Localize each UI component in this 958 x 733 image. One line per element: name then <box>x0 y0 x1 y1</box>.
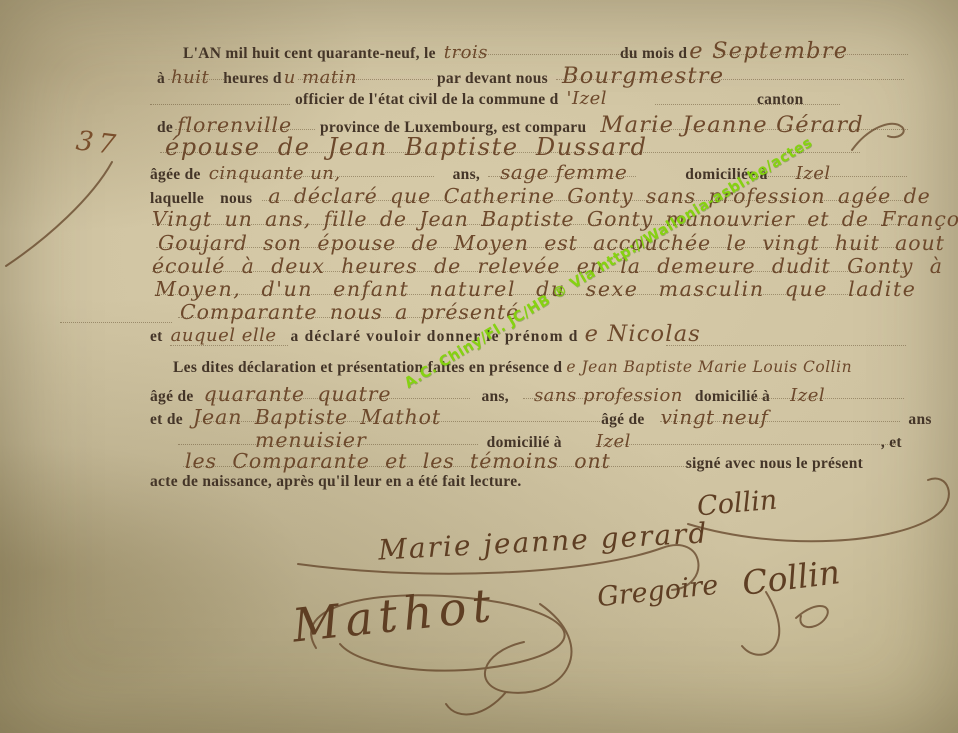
handwritten-segment: Goujard son épouse de Moyen est accouché… <box>158 231 945 255</box>
printed-segment: par devant nous <box>437 70 548 87</box>
act-line-7: laquellenousa déclaré que Catherine Gont… <box>150 184 931 208</box>
printed-segment: à <box>157 70 165 87</box>
handwritten-segment: e Septembre <box>689 38 848 64</box>
signature-marie-jeanne-gerard: Marie jeanne gerard <box>377 516 709 566</box>
collin-right-paraph <box>796 606 828 627</box>
dotted-rule <box>183 466 698 467</box>
handwritten-segment: auquel elle <box>171 325 277 346</box>
dotted-rule <box>178 317 478 318</box>
scanned-birth-record: 37 L'AN mil huit cent quarante-neuf, let… <box>0 0 958 733</box>
handwritten-segment: a déclaré que Catherine Gonty sans profe… <box>268 184 930 208</box>
act-line-18: les Comparante et les témoins ontsigné a… <box>185 449 863 473</box>
handwritten-segment: Vingt un ans, fille de Jean Baptiste Gon… <box>152 207 958 231</box>
dotted-rule <box>175 129 315 130</box>
act-line-3: officier de l'état civil de la commune d… <box>295 88 804 109</box>
handwritten-segment: e Nicolas <box>585 321 701 347</box>
printed-segment: , et <box>881 434 902 451</box>
dotted-rule <box>168 79 226 80</box>
dotted-rule <box>156 247 902 248</box>
handwritten-segment: cinquante un, <box>209 163 341 184</box>
printed-segment: domicilié à <box>695 388 770 405</box>
act-line-16: et deJean Baptiste Mathotâgé devingt neu… <box>150 405 932 429</box>
dotted-rule <box>752 176 907 177</box>
printed-segment: nous <box>220 190 252 207</box>
act-margin-number: 37 <box>74 125 122 161</box>
act-line-19: acte de naissance, après qu'il leur en a… <box>150 473 522 491</box>
margin-pen-stroke <box>6 162 112 266</box>
handwritten-segment: Bourgmestre <box>562 63 724 89</box>
handwritten-segment: 'Izel <box>567 88 607 109</box>
handwritten-segment: Jean Baptiste Mathot <box>193 405 441 429</box>
signature-collin-right: Collin <box>740 552 842 603</box>
printed-segment: Les dites déclaration et présentation fa… <box>173 359 562 376</box>
act-line-2: àhuitheures du matinpar devant nousBourg… <box>157 63 724 89</box>
signature-collin-top: Collin <box>696 485 779 523</box>
dotted-rule <box>640 129 908 130</box>
printed-segment: et <box>150 328 163 345</box>
printed-segment: âgée de <box>150 166 201 183</box>
act-line-1: L'AN mil huit cent quarante-neuf, letroi… <box>183 38 848 64</box>
printed-segment: ans <box>908 411 931 428</box>
dotted-rule <box>752 398 904 399</box>
printed-segment: canton <box>757 91 804 108</box>
dotted-rule <box>152 224 908 225</box>
printed-segment: et de <box>150 411 183 428</box>
dotted-rule <box>152 271 904 272</box>
dotted-rule <box>198 421 600 422</box>
handwritten-segment: Izel <box>796 163 831 184</box>
dotted-rule <box>488 176 636 177</box>
mathot-final-tail <box>446 692 506 714</box>
dotted-rule <box>150 104 290 105</box>
handwritten-segment: vingt neuf <box>661 405 769 429</box>
printed-segment: heures d <box>223 70 282 87</box>
dotted-rule <box>60 322 172 323</box>
dotted-rule <box>523 398 651 399</box>
act-line-15: âgé dequarante quatreans,sans profession… <box>150 382 825 406</box>
printed-segment: signé avec nous le présent <box>686 455 863 472</box>
printed-segment: ans, <box>453 166 480 183</box>
printed-segment: L'AN mil huit cent quarante-neuf, le <box>183 45 436 62</box>
handwritten-segment: Izel <box>790 385 825 406</box>
handwritten-segment: sans profession <box>534 385 683 406</box>
dotted-rule <box>666 345 906 346</box>
act-line-14: Les dites déclaration et présentation fa… <box>173 358 852 377</box>
dotted-rule <box>455 54 633 55</box>
act-line-5: épouse de Jean Baptiste Dussard <box>165 133 648 161</box>
signature-mathot: Mathot <box>290 577 499 652</box>
dotted-rule <box>160 152 860 153</box>
dotted-rule <box>660 421 900 422</box>
printed-segment: a déclaré vouloir donner le prénom d <box>291 328 579 345</box>
act-line-9: Goujard son épouse de Moyen est accouché… <box>158 231 945 255</box>
handwritten-segment: u matin <box>284 67 357 88</box>
printed-segment: laquelle <box>150 190 204 207</box>
dotted-rule <box>596 444 896 445</box>
printed-segment: ans, <box>481 388 508 405</box>
dotted-rule <box>556 79 904 80</box>
dotted-rule <box>178 444 478 445</box>
printed-segment: âgé de <box>150 388 194 405</box>
dotted-rule <box>718 54 908 55</box>
signature-gregoire: Gregoire <box>596 570 720 614</box>
handwritten-segment: e Jean Baptiste Marie Louis Collin <box>566 358 852 376</box>
printed-segment: acte de naissance, après qu'il leur en a… <box>150 473 522 490</box>
act-line-10: écoulé à deux heures de relevée en la de… <box>152 254 943 278</box>
dotted-rule <box>208 398 470 399</box>
handwritten-segment: quarante quatre <box>204 382 392 406</box>
dotted-rule <box>262 200 905 201</box>
printed-segment: officier de l'état civil de la commune d <box>295 91 559 108</box>
dotted-rule <box>298 79 433 80</box>
handwritten-segment: huit <box>171 67 209 88</box>
act-line-13: etauquel ellea déclaré vouloir donner le… <box>150 321 701 347</box>
handwritten-segment: les Comparante et les témoins ont <box>185 449 611 473</box>
dotted-rule <box>155 294 880 295</box>
dotted-rule <box>216 176 434 177</box>
act-line-8: Vingt un ans, fille de Jean Baptiste Gon… <box>152 207 958 231</box>
dotted-rule <box>655 104 840 105</box>
handwritten-segment: sage femme <box>500 160 627 184</box>
printed-segment: âgé de <box>601 411 645 428</box>
handwritten-segment: épouse de Jean Baptiste Dussard <box>165 133 648 161</box>
dotted-rule <box>170 345 288 346</box>
handwritten-segment: trois <box>444 42 488 63</box>
handwritten-segment: écoulé à deux heures de relevée en la de… <box>152 254 943 278</box>
